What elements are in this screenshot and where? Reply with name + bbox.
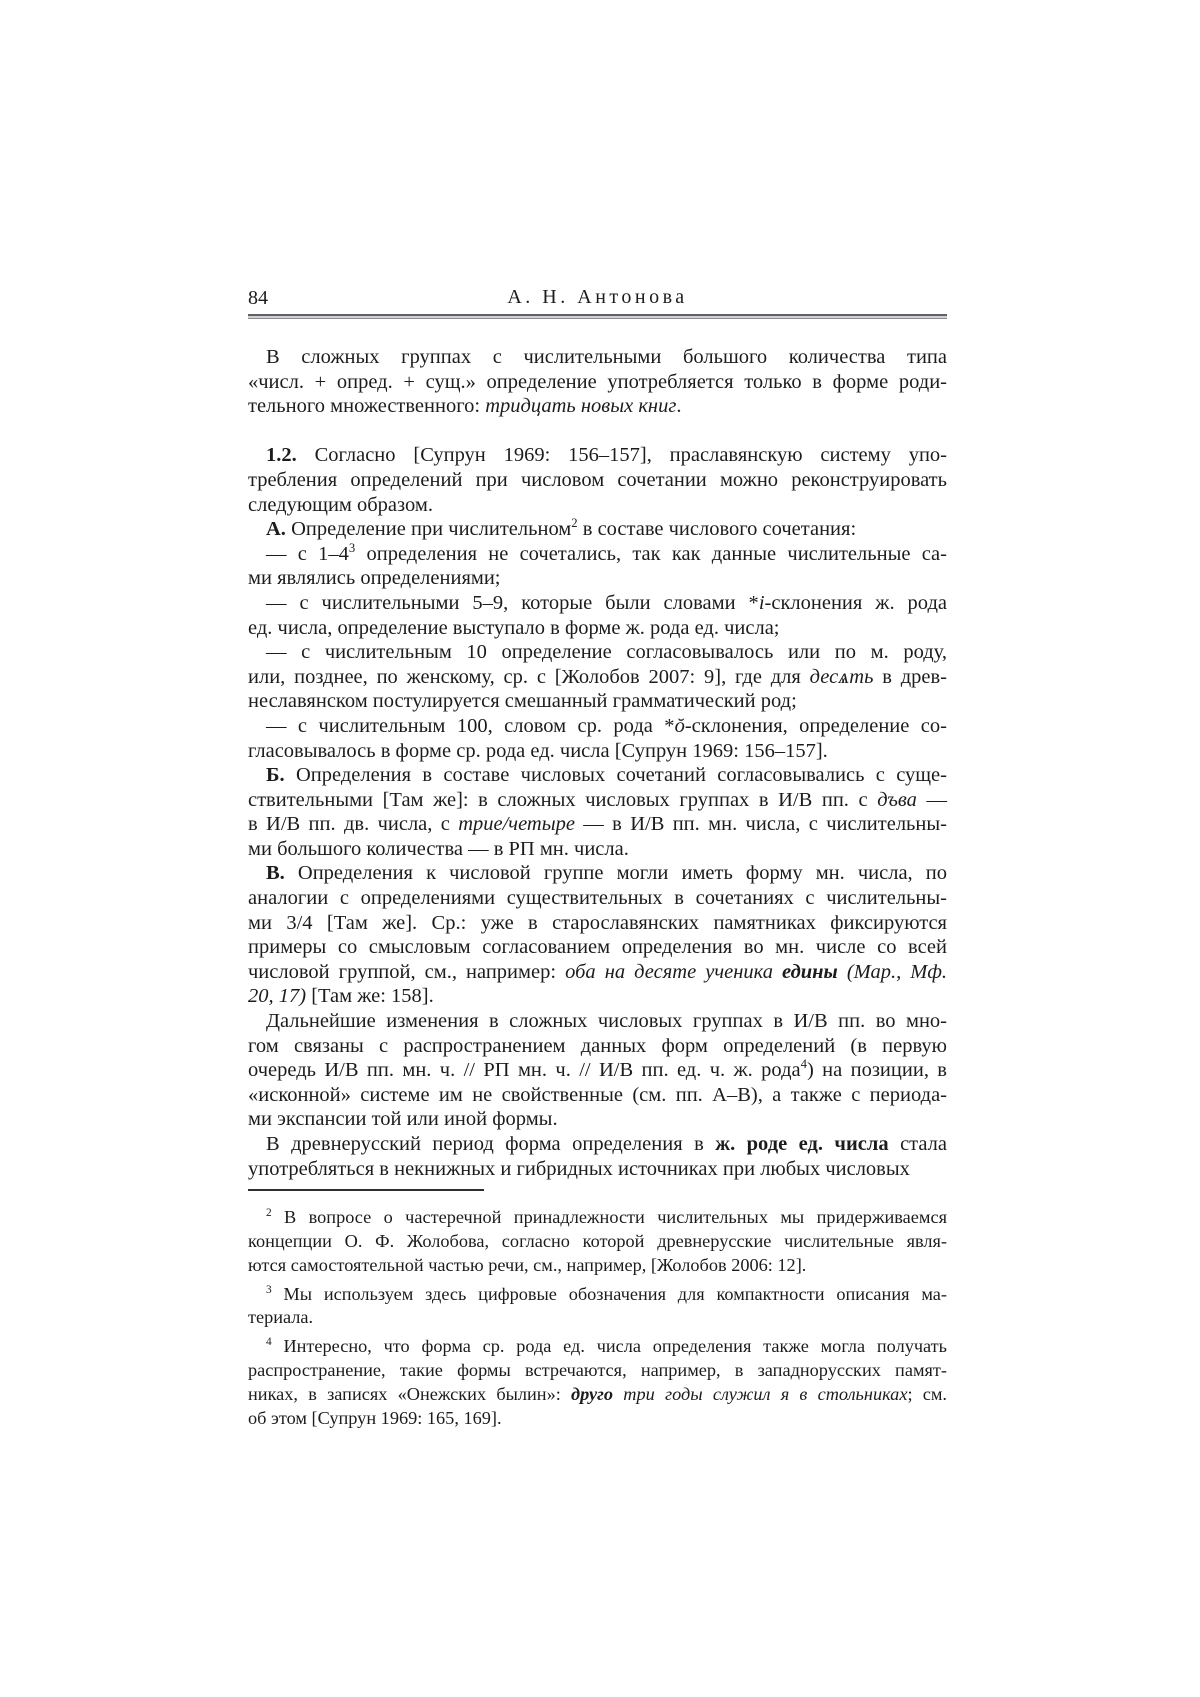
footnote-line: никах, в записях «Онежских былин»: друго… xyxy=(248,1383,947,1407)
footnote-separator xyxy=(248,1189,484,1191)
body-line: — с числительным 100, словом ср. рода *ŏ… xyxy=(248,714,947,739)
text-segment: следующим образом. xyxy=(248,494,433,516)
text-segment: — с 1–4 xyxy=(266,543,349,565)
text-segment: стала xyxy=(889,1133,947,1155)
text-segment: оба на десяте ученика xyxy=(565,961,782,983)
footnote-lines: 2 В вопросе о частеречной принадлежности… xyxy=(248,1206,947,1430)
text-segment: никах, в записях «Онежских былин»: xyxy=(248,1384,571,1404)
body-line: употребляться в некнижных и гибридных ис… xyxy=(248,1157,947,1182)
body-line: ми 3/4 [Там же]. Ср.: уже в старославянс… xyxy=(248,911,947,936)
text-segment: ми экспансии той или иной формы. xyxy=(248,1108,558,1130)
body-line: ми большого количества — в РП мн. числа. xyxy=(248,837,947,862)
body-line: неславянском постулируется смешанный гра… xyxy=(248,689,947,714)
text-segment: в древ- xyxy=(873,666,947,688)
text-segment: друго xyxy=(571,1384,613,1404)
body-line: ми экспансии той или иной формы. xyxy=(248,1107,947,1132)
text-segment: -склонения ж. рода xyxy=(765,592,947,614)
text-segment: три годы служил я в стольниках xyxy=(613,1384,907,1404)
footnote-line: ются самостоятельной частью речи, см., н… xyxy=(248,1254,947,1278)
text-segment: — с числительным 10 определение согласов… xyxy=(266,641,947,663)
text-segment: В сложных группах с числительными большо… xyxy=(266,346,947,368)
running-head-author: А. Н. Антонова xyxy=(248,286,947,309)
body-line: В сложных группах с числительными большо… xyxy=(248,345,947,370)
text-segment: Интересно, что форма ср. рода ед. числа … xyxy=(272,1336,947,1356)
body-line: Дальнейшие изменения в сложных числовых … xyxy=(248,1009,947,1034)
body-line: «исконной» системе им не свойственные (с… xyxy=(248,1083,947,1108)
text-segment: в составе числового сочетания: xyxy=(578,518,857,540)
footnote-line: концепции О. Ф. Жолобова, согласно котор… xyxy=(248,1230,947,1254)
body-line: тельного множественного: тридцать новых … xyxy=(248,394,947,419)
text-segment: едины xyxy=(782,961,838,983)
text-segment: неславянском постулируется смешанный гра… xyxy=(248,690,797,712)
footnote-line: териала. xyxy=(248,1306,947,1330)
text-segment: «числ. + опред. + сущ.» определение упот… xyxy=(248,371,947,393)
text-segment: ми являлись определениями; xyxy=(248,567,501,589)
text-segment: ж. роде ед. числа xyxy=(715,1133,888,1155)
text-segment: Определения к числовой группе могли имет… xyxy=(285,862,947,884)
text-segment: очередь И/В пп. мн. ч. // РП мн. ч. // И… xyxy=(248,1059,801,1081)
text-segment: Дальнейшие изменения в сложных числовых … xyxy=(266,1010,947,1032)
text-segment: в И/В пп. дв. числа, с xyxy=(248,813,458,835)
text-segment: ми 3/4 [Там же]. Ср.: уже в старославянс… xyxy=(248,912,947,934)
text-segment: -склонения, определение со- xyxy=(685,715,947,737)
body-line: ед. числа, определение выступало в форме… xyxy=(248,616,947,641)
text-segment: числовой группой, см., например: xyxy=(248,961,565,983)
body-line: ми являлись определениями; xyxy=(248,566,947,591)
footnote-line: 2 В вопросе о частеречной принадлежности… xyxy=(248,1206,947,1230)
text-segment: териала. xyxy=(248,1307,313,1327)
text-segment: тельного множественного: xyxy=(248,395,485,417)
text-segment: тридцать новых книг xyxy=(485,395,676,417)
text-segment: употребляться в некнижных и гибридных ис… xyxy=(248,1158,910,1180)
text-segment: В. xyxy=(266,862,285,884)
body-line: числовой группой, см., например: оба на … xyxy=(248,960,947,985)
text-segment: требления определений при числовом сочет… xyxy=(248,469,947,491)
body-line: «числ. + опред. + сущ.» определение упот… xyxy=(248,370,947,395)
body-line: — с числительным 10 определение согласов… xyxy=(248,640,947,665)
body-line: примеры со смысловым согласованием опред… xyxy=(248,935,947,960)
body-text: В сложных группах с числительными большо… xyxy=(248,345,947,1181)
page-number: 84 xyxy=(248,287,268,310)
text-segment: — в И/В пп. мн. числа, с числительны- xyxy=(575,813,947,835)
text-segment: В древнерусский период форма определения… xyxy=(266,1133,715,1155)
header-rule xyxy=(248,314,947,319)
text-segment: определения не сочетались, так как данны… xyxy=(355,543,947,565)
text-segment: ед. числа, определение выступало в форме… xyxy=(248,617,780,639)
text-segment: — xyxy=(917,789,947,811)
text-segment: гласовывалось в форме ср. рода ед. числа… xyxy=(248,740,828,762)
body-line: аналогии с определениями существительных… xyxy=(248,886,947,911)
text-segment: Согласно [Супрун 1969: 156–157], праслав… xyxy=(297,444,947,466)
text-segment: 20, 17) xyxy=(248,985,306,1007)
body-line: Б. Определения в составе числовых сочета… xyxy=(248,763,947,788)
text-segment: трие/четыре xyxy=(458,813,575,835)
body-line: очередь И/В пп. мн. ч. // РП мн. ч. // И… xyxy=(248,1058,947,1083)
footnote-line: 4 Интересно, что форма ср. рода ед. числ… xyxy=(248,1335,947,1359)
text-segment: Мы используем здесь цифровые обозначения… xyxy=(272,1284,947,1304)
body-line: или, позднее, по женскому, ср. с [Жолобо… xyxy=(248,665,947,690)
text-segment: 1.2. xyxy=(266,444,297,466)
text-segment: аналогии с определениями существительных… xyxy=(248,887,947,909)
body-line: ствительными [Там же]: в сложных числовы… xyxy=(248,788,947,813)
text-segment: распространение, такие формы встречаются… xyxy=(248,1360,947,1380)
body-line: 20, 17) [Там же: 158]. xyxy=(248,984,947,1009)
text-segment: ) на позиции, в xyxy=(807,1059,947,1081)
text-segment: концепции О. Ф. Жолобова, согласно котор… xyxy=(248,1231,947,1251)
text-segment: или, позднее, по женскому, ср. с [Жолобо… xyxy=(248,666,810,688)
body-line: В. Определения к числовой группе могли и… xyxy=(248,861,947,886)
text-segment: Определения в составе числовых сочетаний… xyxy=(285,764,947,786)
text-segment: примеры со смысловым согласованием опред… xyxy=(248,936,947,958)
text-segment: . xyxy=(676,395,681,417)
text-segment: (Мар., Мф. xyxy=(838,961,947,983)
text-segment: ются самостоятельной частью речи, см., н… xyxy=(248,1255,806,1275)
text-segment: об этом [Супрун 1969: 165, 169]. xyxy=(248,1408,502,1428)
footnote-line: распространение, такие формы встречаются… xyxy=(248,1359,947,1383)
body-line: 1.2. Согласно [Супрун 1969: 156–157], пр… xyxy=(248,443,947,468)
text-segment: Б. xyxy=(266,764,285,786)
footnote-line: 3 Мы используем здесь цифровые обозначен… xyxy=(248,1283,947,1307)
text-segment: Определение при числительном xyxy=(286,518,571,540)
body-line: требления определений при числовом сочет… xyxy=(248,468,947,493)
text-segment: ствительными [Там же]: в сложных числовы… xyxy=(248,789,877,811)
body-line: гом связаны с распространением данных фо… xyxy=(248,1034,947,1059)
body-line: следующим образом. xyxy=(248,493,947,518)
text-segment: ; см. xyxy=(907,1384,947,1404)
text-segment: В вопросе о частеречной принадлежности ч… xyxy=(272,1207,947,1227)
body-line: в И/В пп. дв. числа, с трие/четыре — в И… xyxy=(248,812,947,837)
text-segment: [Там же: 158]. xyxy=(306,985,434,1007)
text-segment: гом связаны с распространением данных фо… xyxy=(248,1035,947,1057)
text-segment: «исконной» системе им не свойственные (с… xyxy=(248,1084,947,1106)
body-line: гласовывалось в форме ср. рода ед. числа… xyxy=(248,739,947,764)
text-segment: ŏ xyxy=(675,715,685,737)
text-segment: — с числительным 100, словом ср. рода * xyxy=(266,715,675,737)
body-line: — с 1–43 определения не сочетались, так … xyxy=(248,542,947,567)
page-sheet: 84 А. Н. Антонова В сложных группах с чи… xyxy=(248,286,947,1430)
text-segment: — с числительными 5–9, которые были слов… xyxy=(266,592,759,614)
running-header: 84 А. Н. Антонова xyxy=(248,286,947,313)
body-line: А. Определение при числительном2 в соста… xyxy=(248,517,947,542)
text-segment: десѧть xyxy=(810,666,874,688)
text-segment: ми большого количества — в РП мн. числа. xyxy=(248,838,629,860)
footnotes-section: 2 В вопросе о частеречной принадлежности… xyxy=(248,1189,947,1430)
body-line: — с числительными 5–9, которые были слов… xyxy=(248,591,947,616)
body-line: В древнерусский период форма определения… xyxy=(248,1132,947,1157)
text-segment: дъва xyxy=(877,789,917,811)
text-segment: А. xyxy=(266,518,286,540)
footnote-line: об этом [Супрун 1969: 165, 169]. xyxy=(248,1407,947,1431)
